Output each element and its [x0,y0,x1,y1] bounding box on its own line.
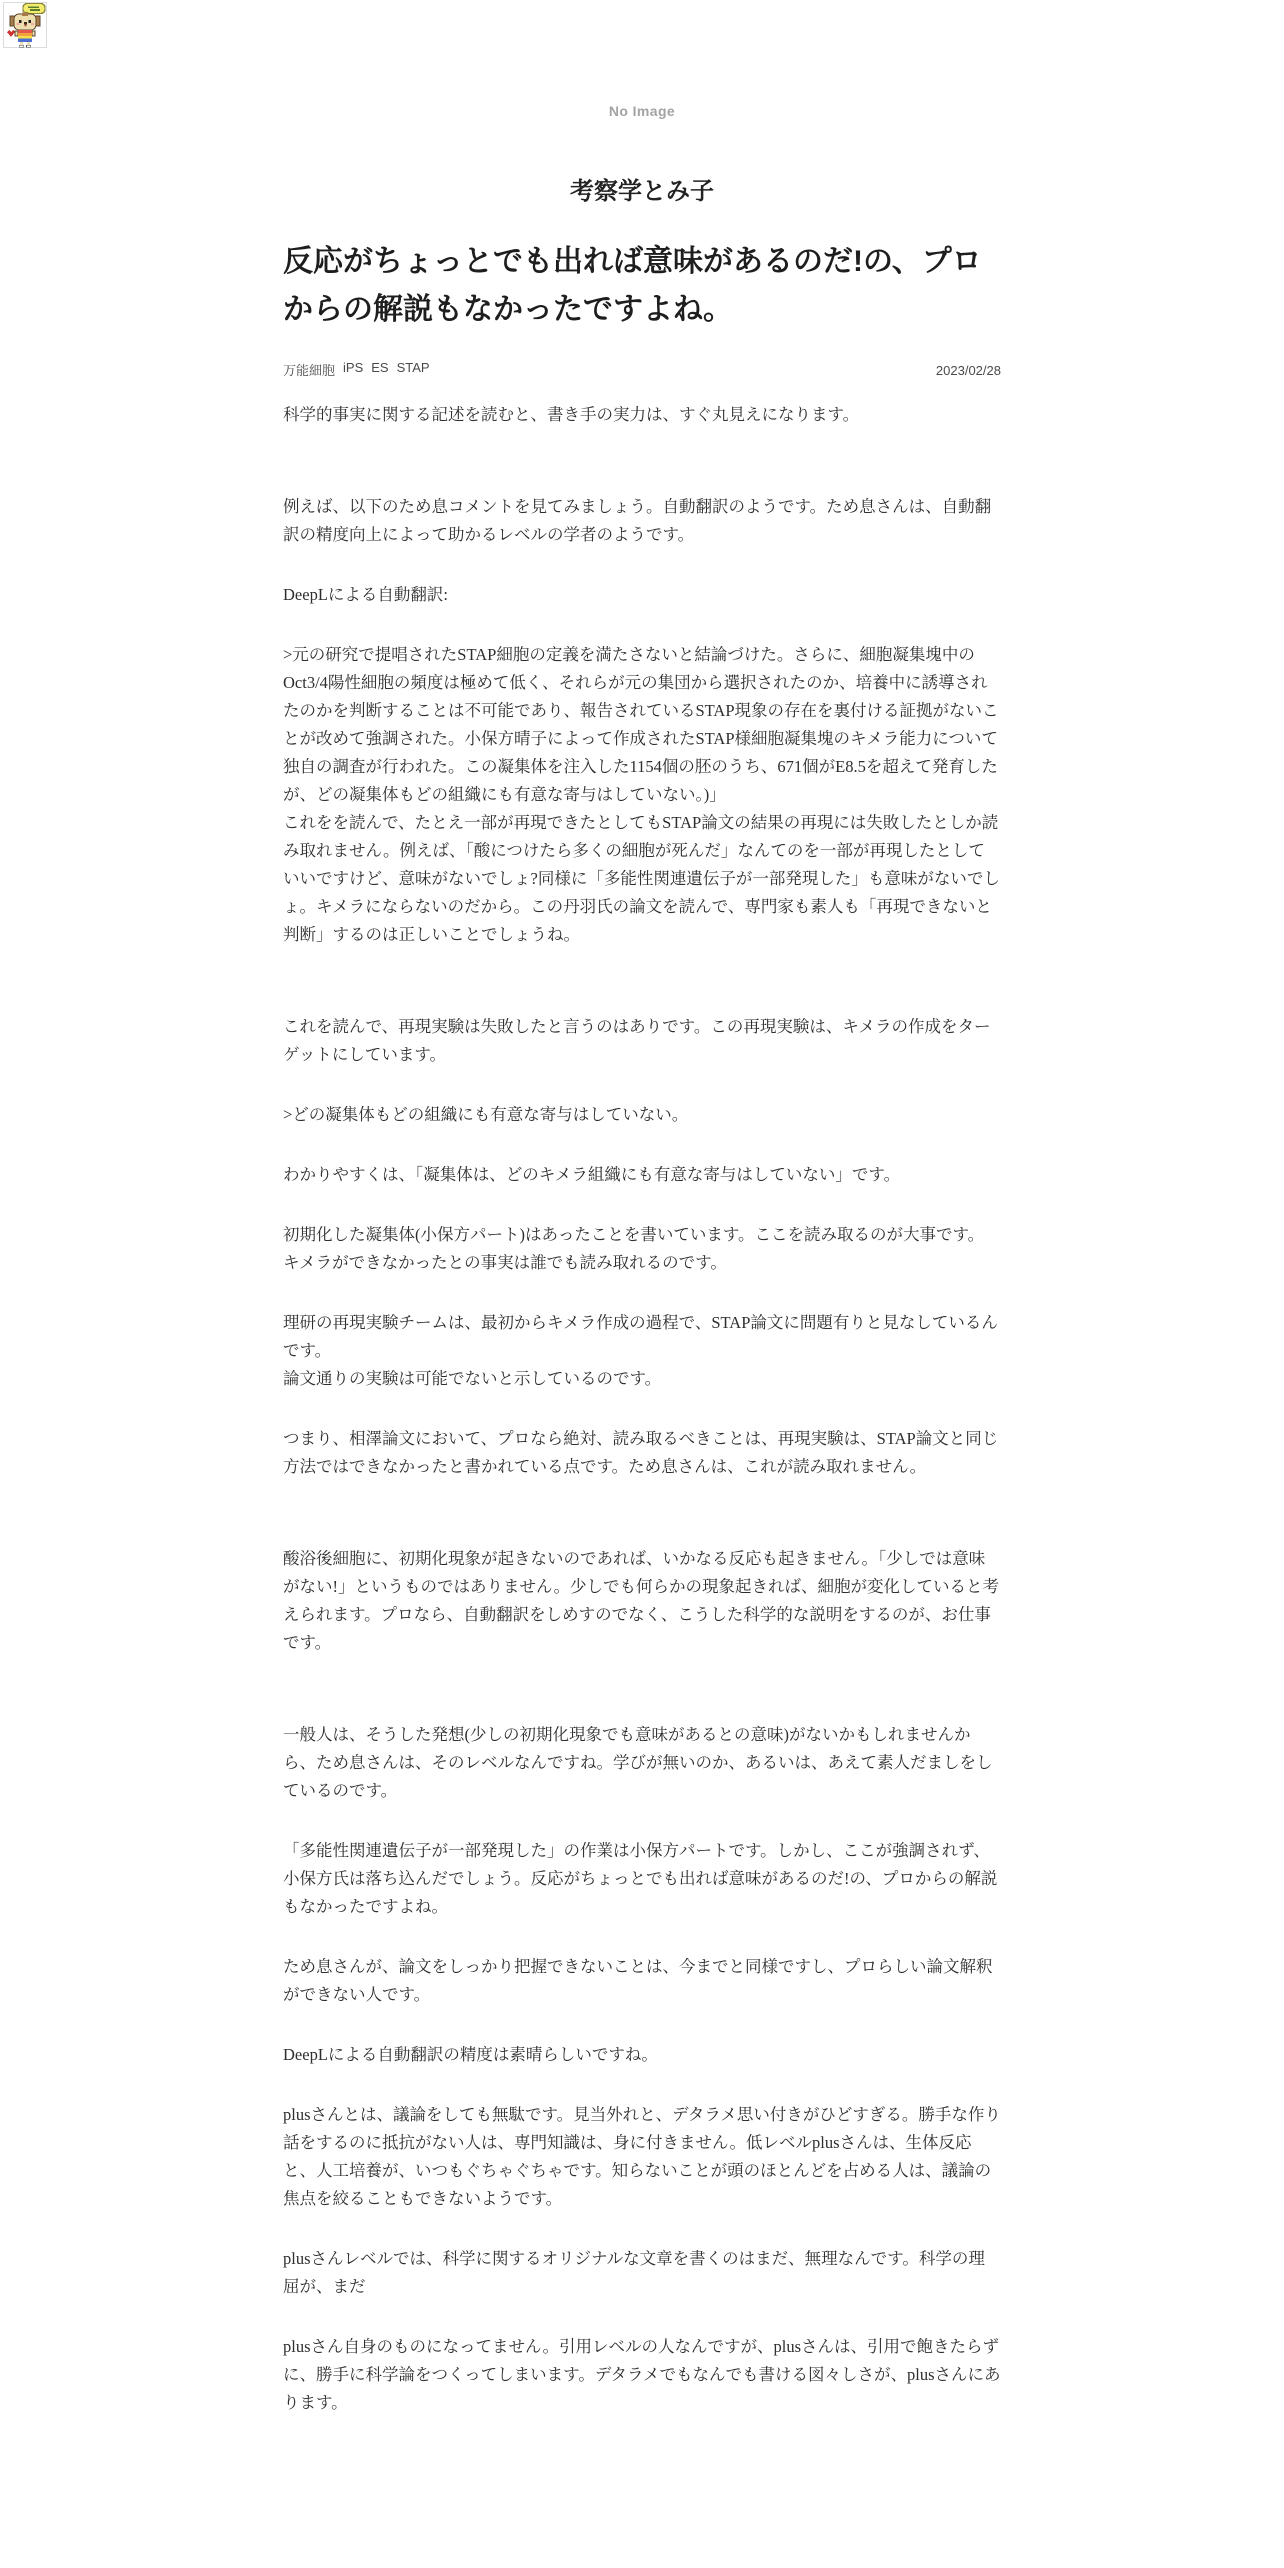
paragraph: 論文通りの実験は可能でないと示しているのです。 [283,1365,1001,1393]
blank-line [283,1393,1001,1425]
paragraph: キメラができなかったとの事実は誰でも読み取れるのです。 [283,1249,1001,1277]
paragraph: これをを読んで、たとえ一部が再現できたとしてもSTAP論文の結果の再現には失敗し… [283,809,1001,949]
blank-line [283,609,1001,641]
blank-line [283,2069,1001,2101]
tag-link[interactable]: 万能細胞 [283,360,335,379]
paragraph: DeepLによる自動翻訳: [283,581,1001,609]
blank-line [283,1069,1001,1101]
tag-link[interactable]: STAP [397,360,430,379]
no-image-label: No Image [609,103,675,119]
article-title: 反応がちょっとでも出れば意味があるのだ!の、プロからの解説もなかったですよね。 [283,238,1001,334]
paragraph: 初期化した凝集体(小保方パート)はあったことを書いています。ここを読み取るのが大… [283,1221,1001,1249]
paragraph: plusさんレベルでは、科学に関するオリジナルな文章を書くのはまだ、無理なんです… [283,2245,1001,2301]
blank-line [283,1689,1001,1721]
blank-line [283,461,1001,493]
blank-line [283,1657,1001,1689]
blank-line [283,1189,1001,1221]
paragraph: つまり、相澤論文において、プロなら絶対、読み取るべきことは、再現実験は、STAP… [283,1425,1001,1481]
pixel-dog-art [3,2,47,48]
paragraph: 科学的事実に関する記述を読むと、書き手の実力は、すぐ丸見えになります。 [283,401,1001,429]
paragraph: 酸浴後細胞に、初期化現象が起きないのであれば、いかなる反応も起きません。「少しで… [283,1545,1001,1657]
blank-line [283,1805,1001,1837]
paragraph: >元の研究で提唱されたSTAP細胞の定義を満たさないと結論づけた。さらに、細胞凝… [283,641,1001,809]
paragraph: 「多能性関連遺伝子が一部発現した」の作業は小保方パートです。しかし、ここが強調さ… [283,1837,1001,1921]
tag-list: 万能細胞iPSESSTAP [283,360,438,379]
article-meta: 万能細胞iPSESSTAP 2023/02/28 [283,360,1001,379]
paragraph: 例えば、以下のため息コメントを見てみましょう。自動翻訳のようです。ため息さんは、… [283,493,1001,549]
tag-link[interactable]: iPS [343,360,363,379]
blank-line [283,1921,1001,1953]
blog-title[interactable]: 考察学とみ子 [283,171,1001,206]
paragraph: plusさん自身のものになってません。引用レベルの人なんですが、plusさんは、… [283,2333,1001,2417]
blank-line [283,2009,1001,2041]
blank-line [283,1277,1001,1309]
article-date: 2023/02/28 [936,363,1001,378]
blank-line [283,2301,1001,2333]
paragraph: 一般人は、そうした発想(少しの初期化現象でも意味があるとの意味)がないかもしれま… [283,1721,1001,1805]
blank-line [283,429,1001,461]
content-column: No Image 考察学とみ子 反応がちょっとでも出れば意味があるのだ!の、プロ… [283,0,1001,2417]
paragraph: ため息さんが、論文をしっかり把握できないことは、今までと同様ですし、プロらしい論… [283,1953,1001,2009]
paragraph: plusさんとは、議論をしても無駄です。見当外れと、デタラメ思い付きがひどすぎる… [283,2101,1001,2213]
blank-line [283,2213,1001,2245]
blank-line [283,1513,1001,1545]
article-body: 科学的事実に関する記述を読むと、書き手の実力は、すぐ丸見えになります。例えば、以… [283,401,1001,2417]
paragraph: >どの凝集体もどの組織にも有意な寄与はしていない。 [283,1101,1001,1129]
blank-line [283,949,1001,981]
blank-line [283,1481,1001,1513]
blank-line [283,981,1001,1013]
blank-line [283,549,1001,581]
no-image-placeholder: No Image [283,0,1001,121]
blog-page: No Image 考察学とみ子 反応がちょっとでも出れば意味があるのだ!の、プロ… [0,0,1284,2568]
blank-line [283,1129,1001,1161]
paragraph: 理研の再現実験チームは、最初からキメラ作成の過程で、STAP論文に問題有りと見な… [283,1309,1001,1365]
tag-link[interactable]: ES [371,360,388,379]
paragraph: これを読んで、再現実験は失敗したと言うのはありです。この再現実験は、キメラの作成… [283,1013,1001,1069]
paragraph: DeepLによる自動翻訳の精度は素晴らしいですね。 [283,2041,1001,2069]
dog-mascot-icon[interactable] [3,2,47,48]
paragraph: わかりやすくは、「凝集体は、どのキメラ組織にも有意な寄与はしていない」です。 [283,1161,1001,1189]
